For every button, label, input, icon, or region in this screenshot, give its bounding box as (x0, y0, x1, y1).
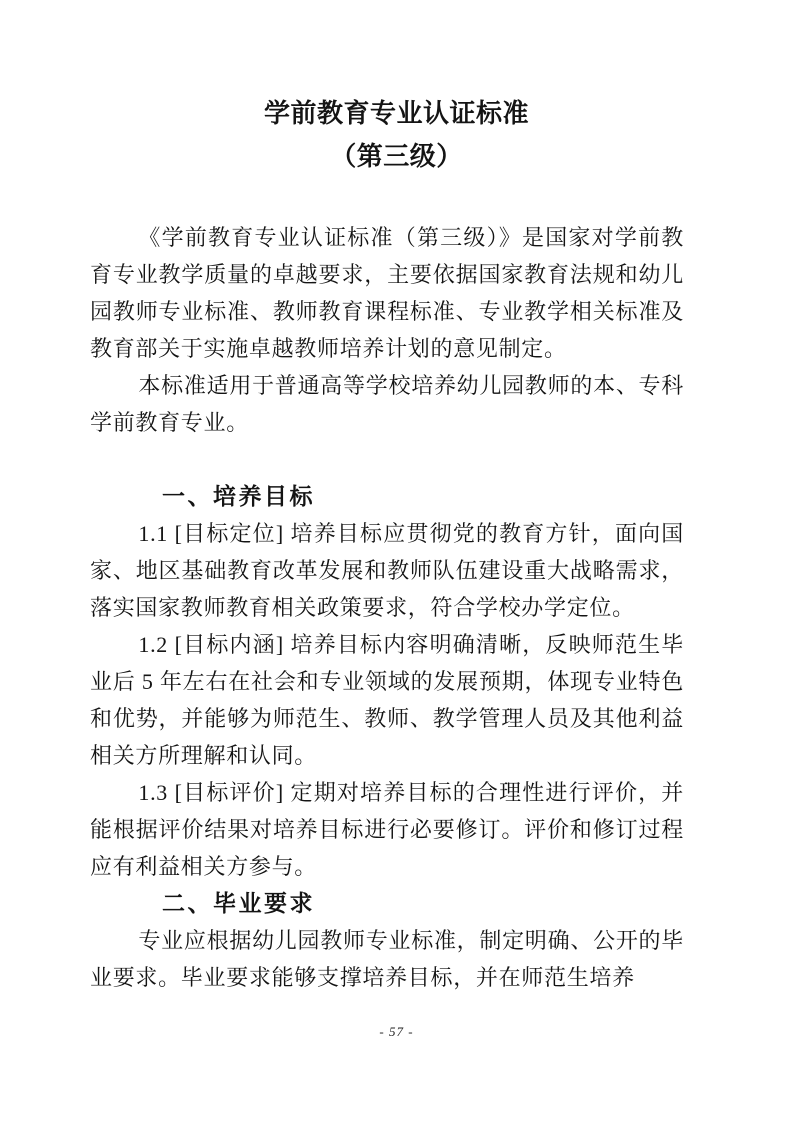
paragraph-graduation-requirements: 专业应根据幼儿园教师专业标准，制定明确、公开的毕业要求。毕业要求能够支撑培养目标… (90, 922, 684, 996)
page-title: 学前教育专业认证标准 (0, 0, 793, 130)
document-body: 《学前教育专业认证标准（第三级）》是国家对学前教育专业教学质量的卓越要求，主要依… (90, 219, 684, 996)
page-subtitle: （第三级） (0, 140, 793, 173)
section-heading-graduation-requirements: 二、毕业要求 (90, 885, 684, 922)
section-heading-training-objectives: 一、培养目标 (90, 478, 684, 515)
intro-paragraph-1: 《学前教育专业认证标准（第三级）》是国家对学前教育专业教学质量的卓越要求，主要依… (90, 219, 684, 367)
paragraph-1-1-objective-positioning: 1.1 [目标定位] 培养目标应贯彻党的教育方针，面向国家、地区基础教育改革发展… (90, 515, 684, 626)
paragraph-1-2-objective-content: 1.2 [目标内涵] 培养目标内容明确清晰，反映师范生毕业后 5 年左右在社会和… (90, 626, 684, 774)
page-number: - 57 - (0, 1024, 793, 1040)
paragraph-1-3-objective-evaluation: 1.3 [目标评价] 定期对培养目标的合理性进行评价，并能根据评价结果对培养目标… (90, 774, 684, 885)
intro-paragraph-2: 本标准适用于普通高等学校培养幼儿园教师的本、专科学前教育专业。 (90, 367, 684, 441)
document-page: 学前教育专业认证标准 （第三级） 《学前教育专业认证标准（第三级）》是国家对学前… (0, 0, 793, 1122)
